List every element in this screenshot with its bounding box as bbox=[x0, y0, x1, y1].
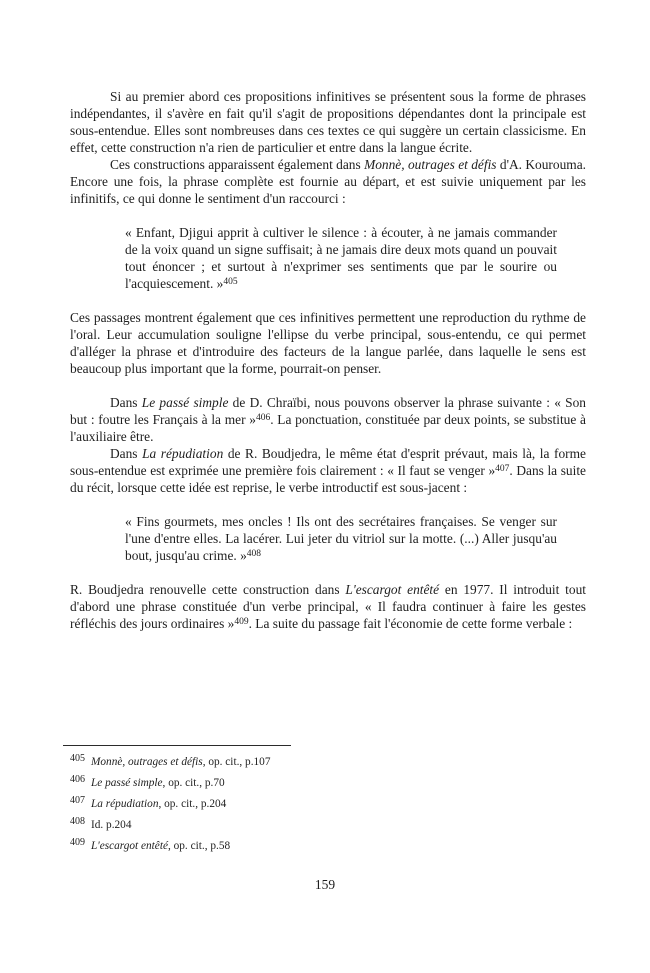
italic-text-run: L'escargot entêté bbox=[345, 582, 439, 597]
text-run: . La suite du passage fait l'économie de… bbox=[249, 616, 573, 631]
footnote-text: Monnè, outrages et défis, op. cit., p.10… bbox=[91, 756, 270, 768]
italic-text-run: La répudiation bbox=[91, 798, 158, 810]
footnote-reference: 407 bbox=[495, 464, 509, 474]
italic-text-run: Monnè, outrages et défis bbox=[364, 157, 496, 172]
footnotes-section: 405Monnè, outrages et défis, op. cit., p… bbox=[70, 745, 530, 857]
paragraph-3: Ces passages montrent également que ces … bbox=[70, 309, 586, 377]
document-page: Si au premier abord ces propositions inf… bbox=[0, 0, 650, 973]
text-run: , op. cit., p.107 bbox=[203, 756, 271, 768]
text-run: « Fins gourmets, mes oncles ! Ils ont de… bbox=[125, 514, 557, 563]
italic-text-run: L'escargot entêté bbox=[91, 840, 168, 852]
text-run: « Enfant, Djigui apprit à cultiver le si… bbox=[125, 225, 557, 291]
footnote-reference: 408 bbox=[247, 549, 261, 559]
footnote-separator-rule bbox=[63, 745, 291, 746]
paragraph-6: R. Boudjedra renouvelle cette constructi… bbox=[70, 581, 586, 632]
text-run: , op. cit., p.204 bbox=[158, 798, 226, 810]
italic-text-run: Monnè, outrages et défis bbox=[91, 756, 203, 768]
paragraph-1: Si au premier abord ces propositions inf… bbox=[70, 88, 586, 156]
footnote-text: La répudiation, op. cit., p.204 bbox=[91, 798, 226, 810]
footnote: 409L'escargot entêté, op. cit., p.58 bbox=[70, 836, 530, 857]
italic-text-run: Le passé simple bbox=[142, 395, 229, 410]
text-run: R. Boudjedra renouvelle cette constructi… bbox=[70, 582, 345, 597]
footnote-reference: 406 bbox=[256, 413, 270, 423]
text-run: Si au premier abord ces propositions inf… bbox=[70, 89, 586, 155]
paragraph-5: Dans La répudiation de R. Boudjedra, le … bbox=[70, 445, 586, 496]
text-run: Dans bbox=[110, 446, 142, 461]
footnote-number: 408 bbox=[70, 816, 85, 827]
page-body: Si au premier abord ces propositions inf… bbox=[70, 88, 586, 632]
italic-text-run: Le passé simple bbox=[91, 777, 163, 789]
footnote: 406Le passé simple, op. cit., p.70 bbox=[70, 773, 530, 794]
page-number: 159 bbox=[0, 877, 650, 893]
text-run: Ces passages montrent également que ces … bbox=[70, 310, 586, 376]
italic-text-run: La répudiation bbox=[142, 446, 223, 461]
text-run: Ces constructions apparaissent également… bbox=[110, 157, 364, 172]
footnote-number: 406 bbox=[70, 774, 85, 785]
footnote-reference: 409 bbox=[234, 617, 248, 627]
footnote: 405Monnè, outrages et défis, op. cit., p… bbox=[70, 752, 530, 773]
footnote-reference: 405 bbox=[223, 277, 237, 287]
footnote-number: 407 bbox=[70, 795, 85, 806]
footnote-text: L'escargot entêté, op. cit., p.58 bbox=[91, 840, 230, 852]
footnote-text: Le passé simple, op. cit., p.70 bbox=[91, 777, 225, 789]
footnote-text: Id. p.204 bbox=[91, 819, 131, 831]
text-run: , op. cit., p.58 bbox=[168, 840, 230, 852]
footnote: 407La répudiation, op. cit., p.204 bbox=[70, 794, 530, 815]
block-quote-1: « Enfant, Djigui apprit à cultiver le si… bbox=[125, 224, 557, 292]
paragraph-4: Dans Le passé simple de D. Chraïbi, nous… bbox=[70, 394, 586, 445]
text-run: Dans bbox=[110, 395, 142, 410]
footnote-number: 409 bbox=[70, 837, 85, 848]
text-run: Id. p.204 bbox=[91, 819, 131, 831]
text-run: , op. cit., p.70 bbox=[163, 777, 225, 789]
footnote: 408Id. p.204 bbox=[70, 815, 530, 836]
paragraph-2: Ces constructions apparaissent également… bbox=[70, 156, 586, 207]
footnote-number: 405 bbox=[70, 753, 85, 764]
block-quote-2: « Fins gourmets, mes oncles ! Ils ont de… bbox=[125, 513, 557, 564]
